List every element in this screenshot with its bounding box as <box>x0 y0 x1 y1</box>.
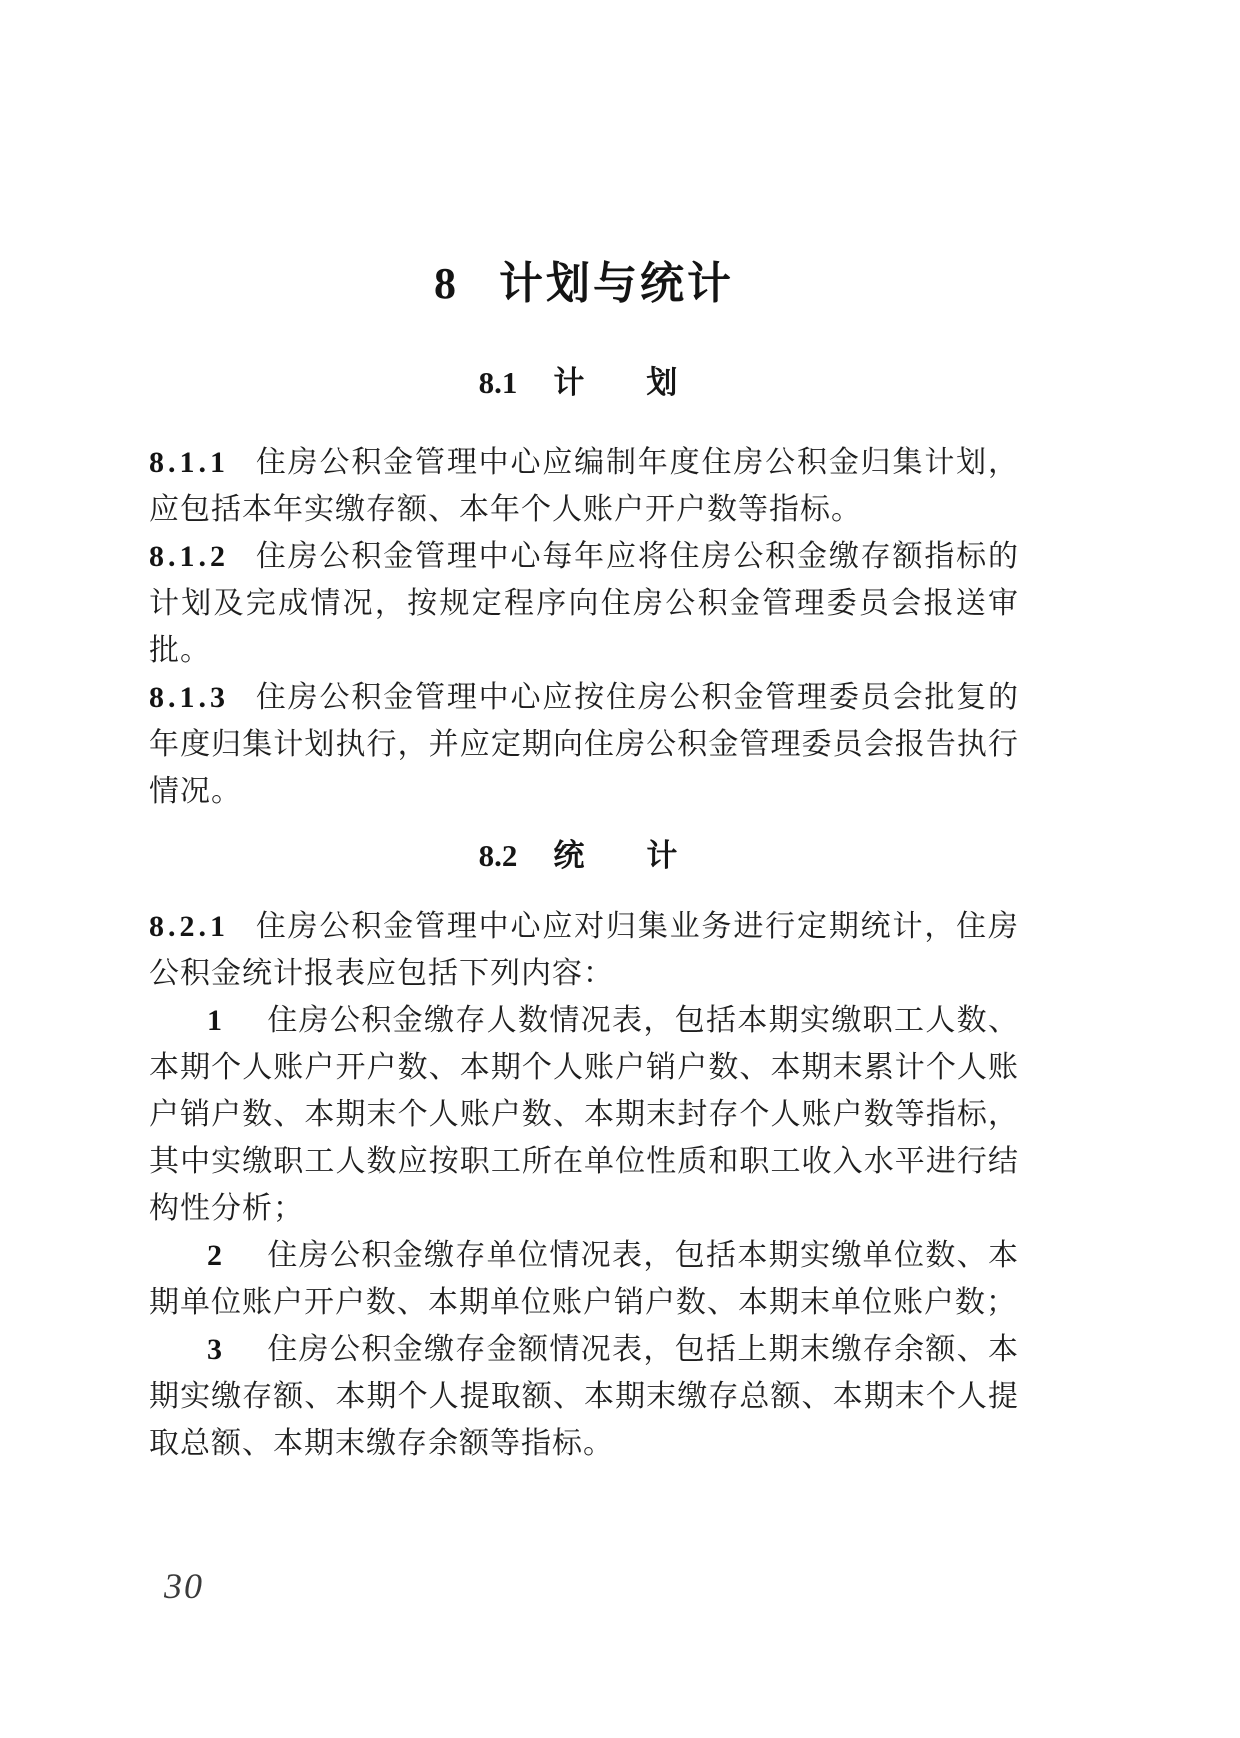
clause-number: 8.1.2 <box>149 540 229 573</box>
item-text: 住房公积金缴存单位情况表，包括本期实缴单位数、本期单位账户开户数、本期单位账户销… <box>149 1239 1019 1319</box>
clause-number: 8.2.1 <box>149 910 229 943</box>
chapter-title: 计划与统计 <box>499 259 734 308</box>
section-heading-8-2: 8.2统 计 <box>143 839 1013 873</box>
chapter-number: 8 <box>434 259 459 308</box>
text-column: 8计划与统计 8.1计 划 8.1.1住房公积金管理中心应编制年度住房公积金归集… <box>149 259 1019 1467</box>
section-number: 8.1 <box>479 365 518 400</box>
list-item-1: 1住房公积金缴存人数情况表，包括本期实缴职工人数、本期个人账户开户数、本期个人账… <box>149 997 1019 1232</box>
clause-text: 住房公积金管理中心应按住房公积金管理委员会批复的年度归集计划执行，并应定期向住房… <box>149 681 1019 808</box>
clause-8-2-1: 8.2.1住房公积金管理中心应对归集业务进行定期统计，住房公积金统计报表应包括下… <box>149 903 1019 997</box>
clause-number: 8.1.3 <box>149 681 229 714</box>
item-text: 住房公积金缴存金额情况表，包括上期末缴存余额、本期实缴存额、本期个人提取额、本期… <box>149 1333 1019 1460</box>
list-item-2: 2住房公积金缴存单位情况表，包括本期实缴单位数、本期单位账户开户数、本期单位账户… <box>149 1232 1019 1326</box>
clause-text: 住房公积金管理中心每年应将住房公积金缴存额指标的计划及完成情况，按规定程序向住房… <box>149 540 1019 667</box>
item-number: 1 <box>207 1004 223 1037</box>
section-title: 计 划 <box>553 365 677 400</box>
section-8-2-body: 8.2.1住房公积金管理中心应对归集业务进行定期统计，住房公积金统计报表应包括下… <box>149 903 1019 1467</box>
clause-8-1-1: 8.1.1住房公积金管理中心应编制年度住房公积金归集计划，应包括本年实缴存额、本… <box>149 439 1019 533</box>
section-title: 统 计 <box>553 838 677 873</box>
document-page: 8计划与统计 8.1计 划 8.1.1住房公积金管理中心应编制年度住房公积金归集… <box>0 0 1240 1738</box>
item-text: 住房公积金缴存人数情况表，包括本期实缴职工人数、本期个人账户开户数、本期个人账户… <box>149 1004 1019 1225</box>
section-heading-8-1: 8.1计 划 <box>143 366 1013 400</box>
clause-text: 住房公积金管理中心应对归集业务进行定期统计，住房公积金统计报表应包括下列内容： <box>149 910 1019 990</box>
clause-text: 住房公积金管理中心应编制年度住房公积金归集计划，应包括本年实缴存额、本年个人账户… <box>149 446 1019 526</box>
item-number: 3 <box>207 1333 223 1366</box>
list-item-3: 3住房公积金缴存金额情况表，包括上期末缴存余额、本期实缴存额、本期个人提取额、本… <box>149 1326 1019 1467</box>
clause-number: 8.1.1 <box>149 446 229 479</box>
clause-8-1-3: 8.1.3住房公积金管理中心应按住房公积金管理委员会批复的年度归集计划执行，并应… <box>149 674 1019 815</box>
chapter-heading: 8计划与统计 <box>149 259 1019 309</box>
section-number: 8.2 <box>479 838 518 873</box>
item-number: 2 <box>207 1239 223 1272</box>
page-number: 30 <box>164 1566 204 1606</box>
section-8-1-body: 8.1.1住房公积金管理中心应编制年度住房公积金归集计划，应包括本年实缴存额、本… <box>149 439 1019 815</box>
clause-8-1-2: 8.1.2住房公积金管理中心每年应将住房公积金缴存额指标的计划及完成情况，按规定… <box>149 533 1019 674</box>
